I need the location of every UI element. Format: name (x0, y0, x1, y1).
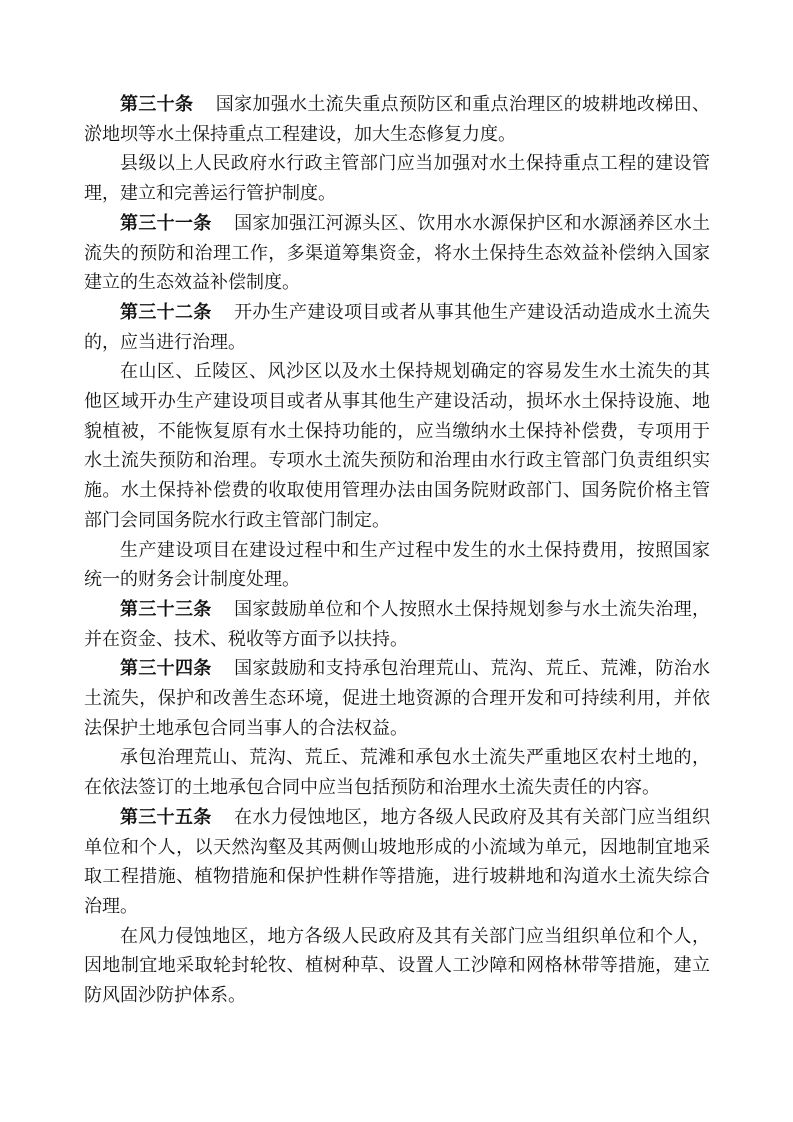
article-number: 第三十二条 (120, 302, 212, 322)
article-number: 第三十三条 (120, 599, 212, 619)
paragraph: 第三十五条在水力侵蚀地区，地方各级人民政府及其有关部门应当组织单位和个人，以天然… (84, 803, 710, 922)
paragraph-text: 生产建设项目在建设过程中和生产过程中发生的水土保持费用，按照国家统一的财务会计制… (84, 540, 710, 590)
paragraph: 承包治理荒山、荒沟、荒丘、荒滩和承包水土流失严重地区农村土地的，在依法签订的土地… (84, 743, 710, 802)
paragraph-text: 在风力侵蚀地区，地方各级人民政府及其有关部门应当组织单位和个人，因地制宜地采取轮… (84, 926, 710, 1005)
paragraph-text: 承包治理荒山、荒沟、荒丘、荒滩和承包水土流失严重地区农村土地的，在依法签订的土地… (84, 747, 710, 797)
paragraph: 生产建设项目在建设过程中和生产过程中发生的水土保持费用，按照国家统一的财务会计制… (84, 536, 710, 595)
article-number: 第三十四条 (120, 658, 212, 678)
paragraph: 第三十二条开办生产建设项目或者从事其他生产建设活动造成水土流失的，应当进行治理。 (84, 298, 710, 357)
paragraph-text: 在山区、丘陵区、风沙区以及水土保持规划确定的容易发生水土流失的其他区域开办生产建… (84, 361, 710, 530)
document-page: 第三十条国家加强水土流失重点预防区和重点治理区的坡耕地改梯田、淤地坝等水土保持重… (0, 0, 793, 1122)
paragraph: 第三十三条国家鼓励单位和个人按照水土保持规划参与水土流失治理，并在资金、技术、税… (84, 595, 710, 654)
paragraph: 第三十四条国家鼓励和支持承包治理荒山、荒沟、荒丘、荒滩，防治水土流失，保护和改善… (84, 654, 710, 743)
paragraph: 第三十条国家加强水土流失重点预防区和重点治理区的坡耕地改梯田、淤地坝等水土保持重… (84, 90, 710, 149)
article-number: 第三十五条 (120, 807, 212, 827)
article-number: 第三十条 (120, 94, 193, 114)
paragraph: 在风力侵蚀地区，地方各级人民政府及其有关部门应当组织单位和个人，因地制宜地采取轮… (84, 922, 710, 1011)
paragraph: 第三十一条国家加强江河源头区、饮用水水源保护区和水源涵养区水土流失的预防和治理工… (84, 209, 710, 298)
paragraph-text: 县级以上人民政府水行政主管部门应当加强对水土保持重点工程的建设管理，建立和完善运… (84, 153, 710, 203)
article-number: 第三十一条 (120, 213, 212, 233)
paragraph: 在山区、丘陵区、风沙区以及水土保持规划确定的容易发生水土流失的其他区域开办生产建… (84, 357, 710, 535)
paragraph: 县级以上人民政府水行政主管部门应当加强对水土保持重点工程的建设管理，建立和完善运… (84, 149, 710, 208)
